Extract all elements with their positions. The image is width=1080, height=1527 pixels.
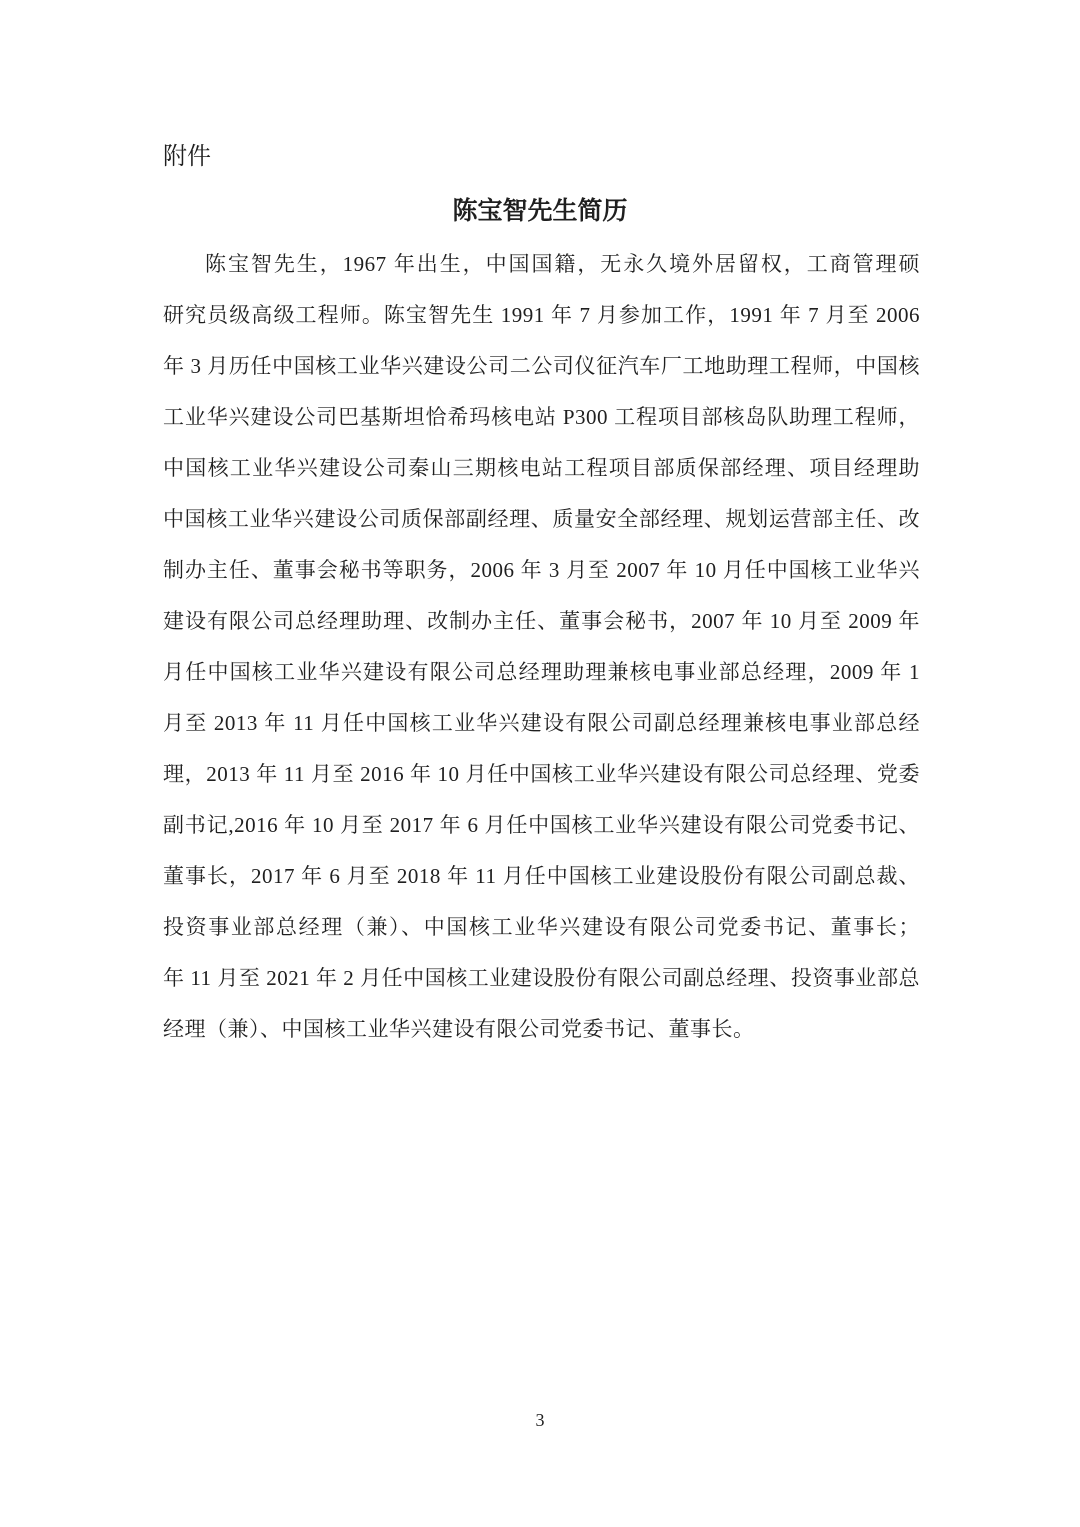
paragraph-line: 工业华兴建设公司巴基斯坦恰希玛核电站 P300 工程项目部核岛队助理工程师，	[163, 392, 920, 443]
paragraph-line: 年 3 月历任中国核工业华兴建设公司二公司仪征汽车厂工地助理工程师，中国核	[163, 341, 920, 392]
paragraph-line: 制办主任、董事会秘书等职务，2006 年 3 月至 2007 年 10 月任中国…	[163, 545, 920, 596]
paragraph-line: 中国核工业华兴建设公司秦山三期核电站工程项目部质保部经理、项目经理助理，	[163, 443, 920, 494]
paragraph-line: 年 11 月至 2021 年 2 月任中国核工业建设股份有限公司副总经理、投资事…	[163, 953, 920, 1004]
paragraph-line: 经理（兼）、中国核工业华兴建设有限公司党委书记、董事长。	[163, 1004, 920, 1055]
paragraph-line: 投资事业部总经理（兼）、中国核工业华兴建设有限公司党委书记、董事长；2018	[163, 902, 920, 953]
paragraph-line: 董事长，2017 年 6 月至 2018 年 11 月任中国核工业建设股份有限公…	[163, 851, 920, 902]
paragraph-line: 研究员级高级工程师。陈宝智先生 1991 年 7 月参加工作，1991 年 7 …	[163, 290, 920, 341]
paragraph-line: 中国核工业华兴建设公司质保部副经理、质量安全部经理、规划运营部主任、改	[163, 494, 920, 545]
resume-paragraph: 陈宝智先生，1967 年出生，中国国籍，无永久境外居留权，工商管理硕士， 研究员…	[163, 239, 920, 1055]
page-title: 陈宝智先生简历	[0, 196, 1080, 228]
paragraph-line: 陈宝智先生，1967 年出生，中国国籍，无永久境外居留权，工商管理硕士，	[163, 239, 920, 290]
paragraph-line: 理，2013 年 11 月至 2016 年 10 月任中国核工业华兴建设有限公司…	[163, 749, 920, 800]
page-number: 3	[0, 1408, 1080, 1432]
paragraph-line: 月任中国核工业华兴建设有限公司总经理助理兼核电事业部总经理，2009 年 1	[163, 647, 920, 698]
document-page: 附件 陈宝智先生简历 陈宝智先生，1967 年出生，中国国籍，无永久境外居留权，…	[0, 0, 1080, 1527]
paragraph-line: 月至 2013 年 11 月任中国核工业华兴建设有限公司副总经理兼核电事业部总经	[163, 698, 920, 749]
paragraph-line: 建设有限公司总经理助理、改制办主任、董事会秘书，2007 年 10 月至 200…	[163, 596, 920, 647]
attachment-label: 附件	[163, 141, 211, 173]
paragraph-line: 副书记,2016 年 10 月至 2017 年 6 月任中国核工业华兴建设有限公…	[163, 800, 920, 851]
